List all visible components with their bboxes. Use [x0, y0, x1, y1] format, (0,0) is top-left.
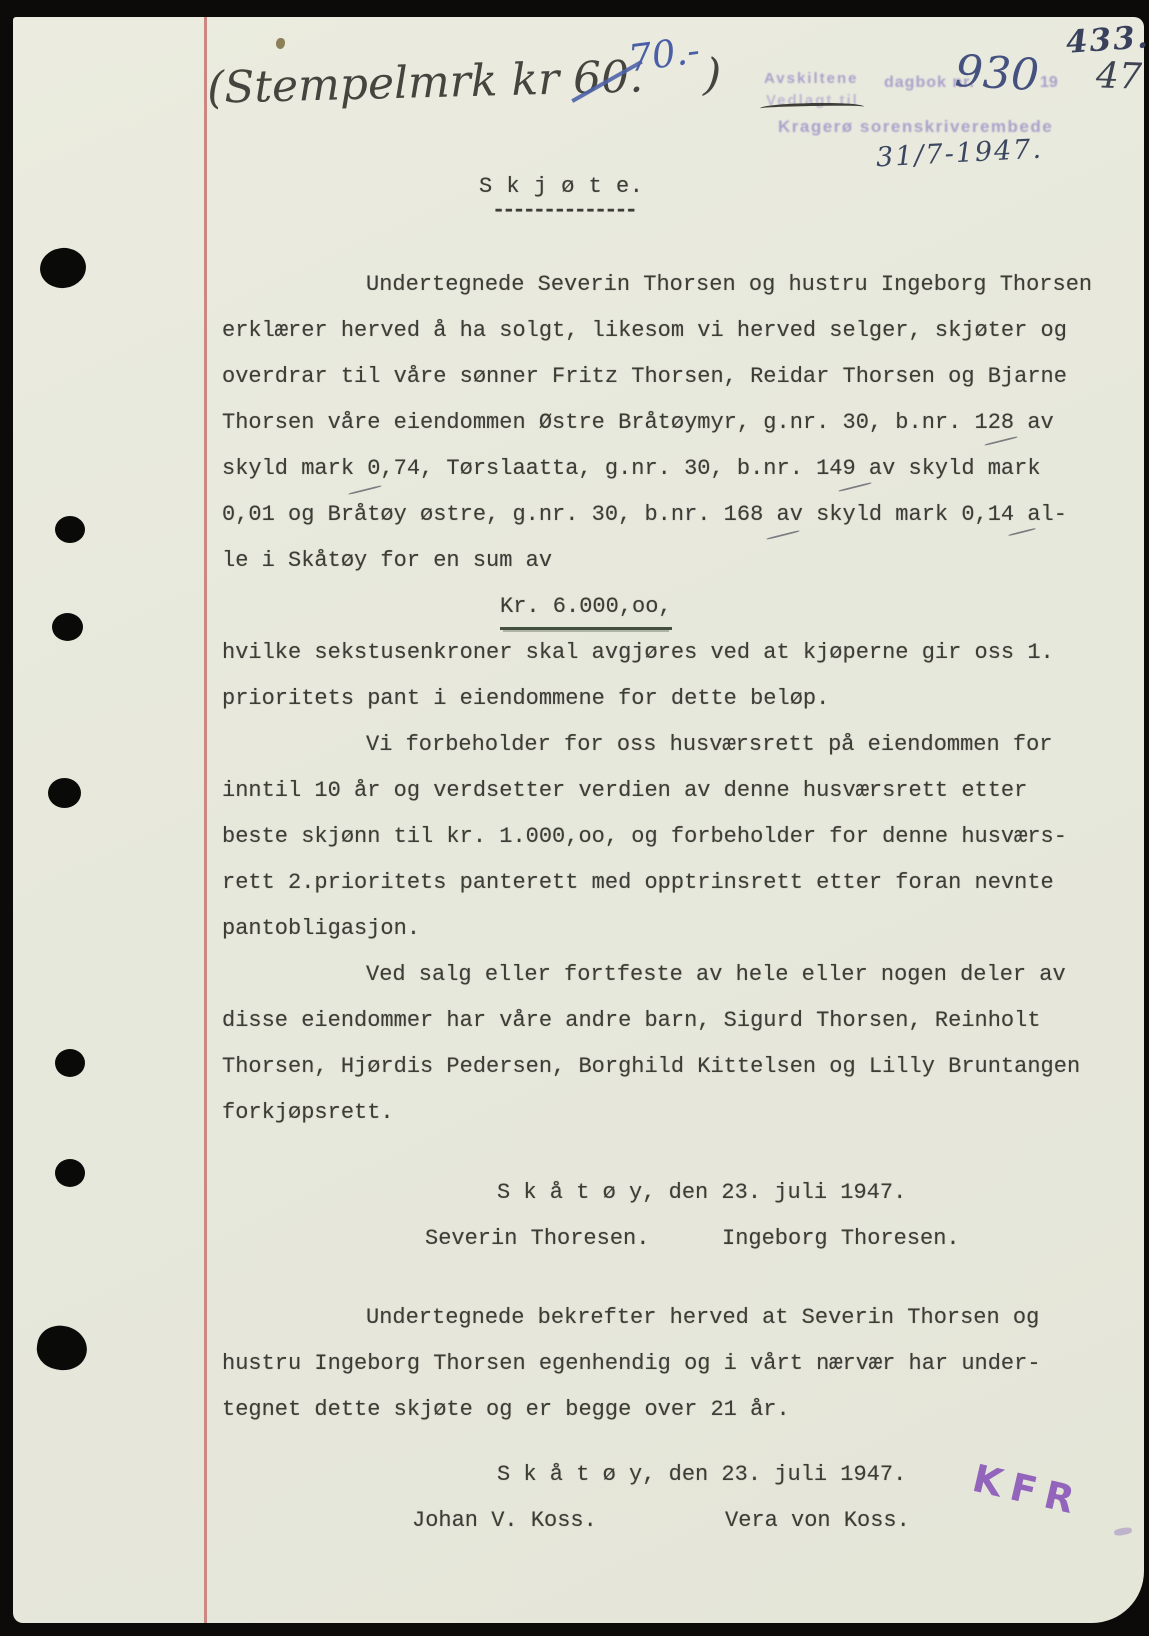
note-replacement-value: 70.-	[626, 28, 702, 80]
signature-witness-1: Johan V. Koss.	[412, 1498, 597, 1544]
typed-line: Undertegnede Severin Thorsen og hustru I…	[222, 262, 1082, 308]
witness-signature-row: Johan V. Koss. Vera von Koss.	[222, 1498, 1082, 1544]
typed-line: hustru Ingeborg Thorsen egenhendig og i …	[222, 1341, 1082, 1387]
place-date-line: S k å t ø y, den 23. juli 1947.	[222, 1170, 1082, 1216]
typed-line: Vi forbeholder for oss husværsrett på ei…	[222, 722, 1082, 768]
signature-row: Severin Thoresen. Ingeborg Thoresen.	[222, 1216, 1082, 1262]
typed-line: prioritets pant i eiendommene for dette …	[222, 676, 1082, 722]
typed-line: 0,01 og Bråtøy østre, g.nr. 30, b.nr. 16…	[222, 492, 1082, 538]
note-prefix: (Stempelmrk kr	[206, 53, 573, 114]
typed-line: erklærer herved å ha solgt, likesom vi h…	[222, 308, 1082, 354]
signature-seller-2: Ingeborg Thoresen.	[722, 1216, 960, 1262]
note-suffix: )	[703, 49, 722, 101]
typed-line: le i Skåtøy for en sum av	[222, 538, 1082, 584]
place-date-line: S k å t ø y, den 23. juli 1947.	[222, 1452, 1082, 1498]
typed-line: hvilke sekstusenkroner skal avgjøres ved…	[222, 630, 1082, 676]
typed-line: rett 2.prioritets panterett med opptrins…	[222, 860, 1082, 906]
signature-seller-1: Severin Thoresen.	[425, 1216, 649, 1262]
typed-line: disse eiendommer har våre andre barn, Si…	[222, 998, 1082, 1044]
typed-line: tegnet dette skjøte og er begge over 21 …	[222, 1387, 1082, 1433]
daybook-entry-number: 930	[954, 46, 1041, 101]
punch-hole	[55, 1049, 85, 1077]
red-margin-line	[204, 17, 207, 1623]
registry-office-stamp: Kragerø sorenskriverembede	[778, 117, 1053, 137]
deed-body: Undertegnede Severin Thorsen og hustru I…	[222, 262, 1082, 1544]
typed-line: beste skjønn til kr. 1.000,oo, og forbeh…	[222, 814, 1082, 860]
punch-hole	[52, 613, 83, 641]
scanned-deed-page: 433. (Stempelmrk kr 60.70.-) Avskiltene …	[0, 0, 1149, 1636]
typed-line: inntil 10 år og verdsetter verdien av de…	[222, 768, 1082, 814]
typed-line: pantobligasjon.	[222, 906, 1082, 952]
purchase-amount: Kr. 6.000,oo,	[500, 587, 672, 630]
typed-line: Thorsen, Hjørdis Pedersen, Borghild Kitt…	[222, 1044, 1082, 1090]
year-handwritten: 47	[1095, 55, 1142, 98]
punch-hole	[55, 1159, 85, 1187]
typed-line: Undertegnede bekrefter herved at Severin…	[222, 1295, 1082, 1341]
typed-line: Thorsen våre eiendommen Østre Bråtøymyr,…	[222, 400, 1082, 446]
year-prefix: 19	[1040, 74, 1058, 92]
registry-stamp-line1: Avskiltene	[764, 70, 858, 87]
signature-witness-2: Vera von Koss.	[725, 1498, 910, 1544]
typed-line: skyld mark 0,74, Tørslaatta, g.nr. 30, b…	[222, 446, 1082, 492]
typed-line: overdrar til våre sønner Fritz Thorsen, …	[222, 354, 1082, 400]
typed-line: Ved salg eller fortfeste av hele eller n…	[222, 952, 1082, 998]
punch-hole	[55, 516, 85, 543]
punch-hole	[48, 778, 81, 808]
title-underline: --------------	[492, 198, 635, 223]
deed-title: S k j ø t e.	[479, 174, 643, 199]
typed-line: forkjøpsrett.	[222, 1090, 1082, 1136]
